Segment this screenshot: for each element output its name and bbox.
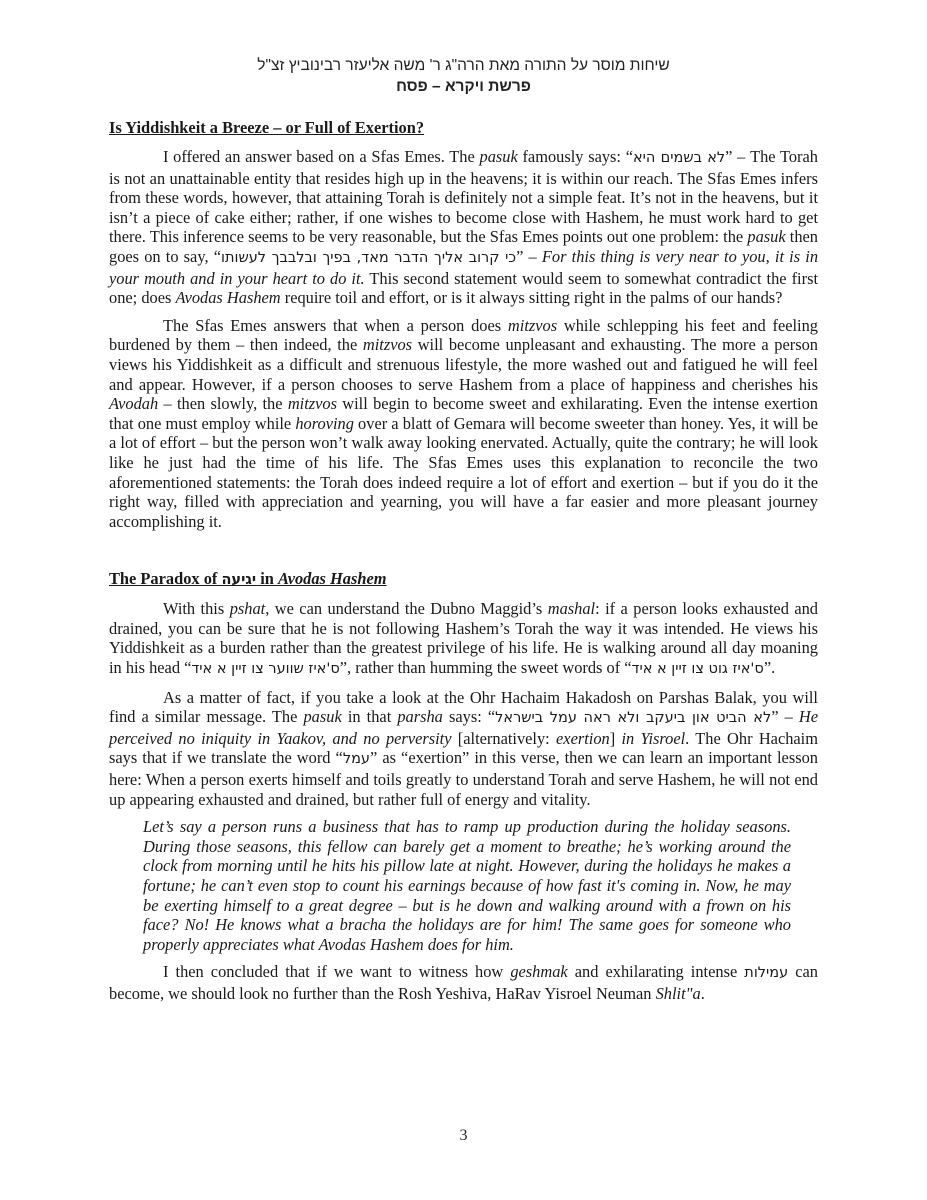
paragraph-dubno-maggid: With this pshat, we can understand the D… <box>109 599 818 679</box>
document-page: שיחות מוסר על התורה מאת הרה"ג ר' משה אלי… <box>0 0 927 1200</box>
italic-term: Avodah <box>109 394 158 413</box>
text: says: “ <box>443 707 495 726</box>
section-spacer <box>109 539 818 569</box>
paragraph-conclusion: I then concluded that if we want to witn… <box>109 962 818 1003</box>
yiddish-quote: ס'איז גוט צו זיין א איד <box>632 661 764 677</box>
section-heading-breeze: Is Yiddishkeit a Breeze – or Full of Exe… <box>109 118 818 138</box>
paragraph-sfas-emes-answer: I offered an answer based on a Sfas Emes… <box>109 147 818 308</box>
italic-term: pasuk <box>747 227 785 246</box>
italic-term: Avodas Hashem <box>278 569 387 588</box>
text: famously says: “ <box>518 147 633 166</box>
italic-term: Avodas Hashem <box>175 288 280 307</box>
italic-term: parsha <box>397 707 443 726</box>
italic-term: Shlit"a <box>656 984 701 1003</box>
italic-term: mashal <box>548 599 595 618</box>
text: require toil and effort, or is it always… <box>281 288 783 307</box>
text: The Paradox of <box>109 569 221 588</box>
text: in that <box>342 707 398 726</box>
page-number: 3 <box>0 1127 927 1145</box>
text: ] <box>610 729 622 748</box>
text: , we can understand the Dubno Maggid’s <box>265 599 548 618</box>
header-parsha: פרשת ויקרא – פסח <box>0 76 927 97</box>
italic-term: pasuk <box>480 147 518 166</box>
text: The Sfas Emes answers that when a person… <box>163 316 508 335</box>
hebrew-quote: לא הביט און ביעקב ולא ראה עמל בישראל <box>495 710 771 726</box>
text: With this <box>163 599 230 618</box>
hebrew-quote: כי קרוב אליך הדבר מאד, בפיך ובלבבך לעשות… <box>221 250 516 266</box>
text: ”. <box>764 658 775 677</box>
italic-term: exertion <box>556 729 610 748</box>
text: and exhilarating intense <box>568 962 745 981</box>
italic-term: pshat <box>230 599 266 618</box>
italic-term: pasuk <box>303 707 341 726</box>
text: I then concluded that if we want to witn… <box>163 962 510 981</box>
italic-term: horoving <box>295 414 354 433</box>
hebrew-word: עמל <box>343 751 370 767</box>
text: . <box>701 984 705 1003</box>
hebrew-quote: לא בשמים היא <box>633 150 725 166</box>
header-title: שיחות מוסר על התורה מאת הרה"ג ר' משה אלי… <box>0 55 927 76</box>
text: I offered an answer based on a Sfas Emes… <box>163 147 480 166</box>
text: ”, rather than humming the sweet words o… <box>340 658 632 677</box>
text: in <box>256 569 278 588</box>
text: – then slowly, the <box>158 394 288 413</box>
text: ” – <box>516 247 542 266</box>
italic-translation: in Yisroel <box>622 729 686 748</box>
section-heading-paradox: The Paradox of יגיעה in Avodas Hashem <box>109 569 818 590</box>
paragraph-mitzvos-exertion: The Sfas Emes answers that when a person… <box>109 316 818 532</box>
block-quote-business-mashal: Let’s say a person runs a business that … <box>143 817 791 954</box>
text: [alternatively: <box>452 729 557 748</box>
paragraph-ohr-hachaim: As a matter of fact, if you take a look … <box>109 688 818 810</box>
hebrew-word: יגיעה <box>221 572 256 588</box>
text: ” – <box>771 707 799 726</box>
italic-term: geshmak <box>510 962 567 981</box>
italic-term: mitzvos <box>508 316 557 335</box>
italic-term: mitzvos <box>363 335 412 354</box>
page-header: שיחות מוסר על התורה מאת הרה"ג ר' משה אלי… <box>0 55 927 97</box>
yiddish-quote: ס'איז שווער צו זיין א איד <box>191 661 339 677</box>
document-body: Is Yiddishkeit a Breeze – or Full of Exe… <box>109 118 818 1012</box>
hebrew-word: עמילות <box>744 965 788 981</box>
italic-term: mitzvos <box>288 394 337 413</box>
